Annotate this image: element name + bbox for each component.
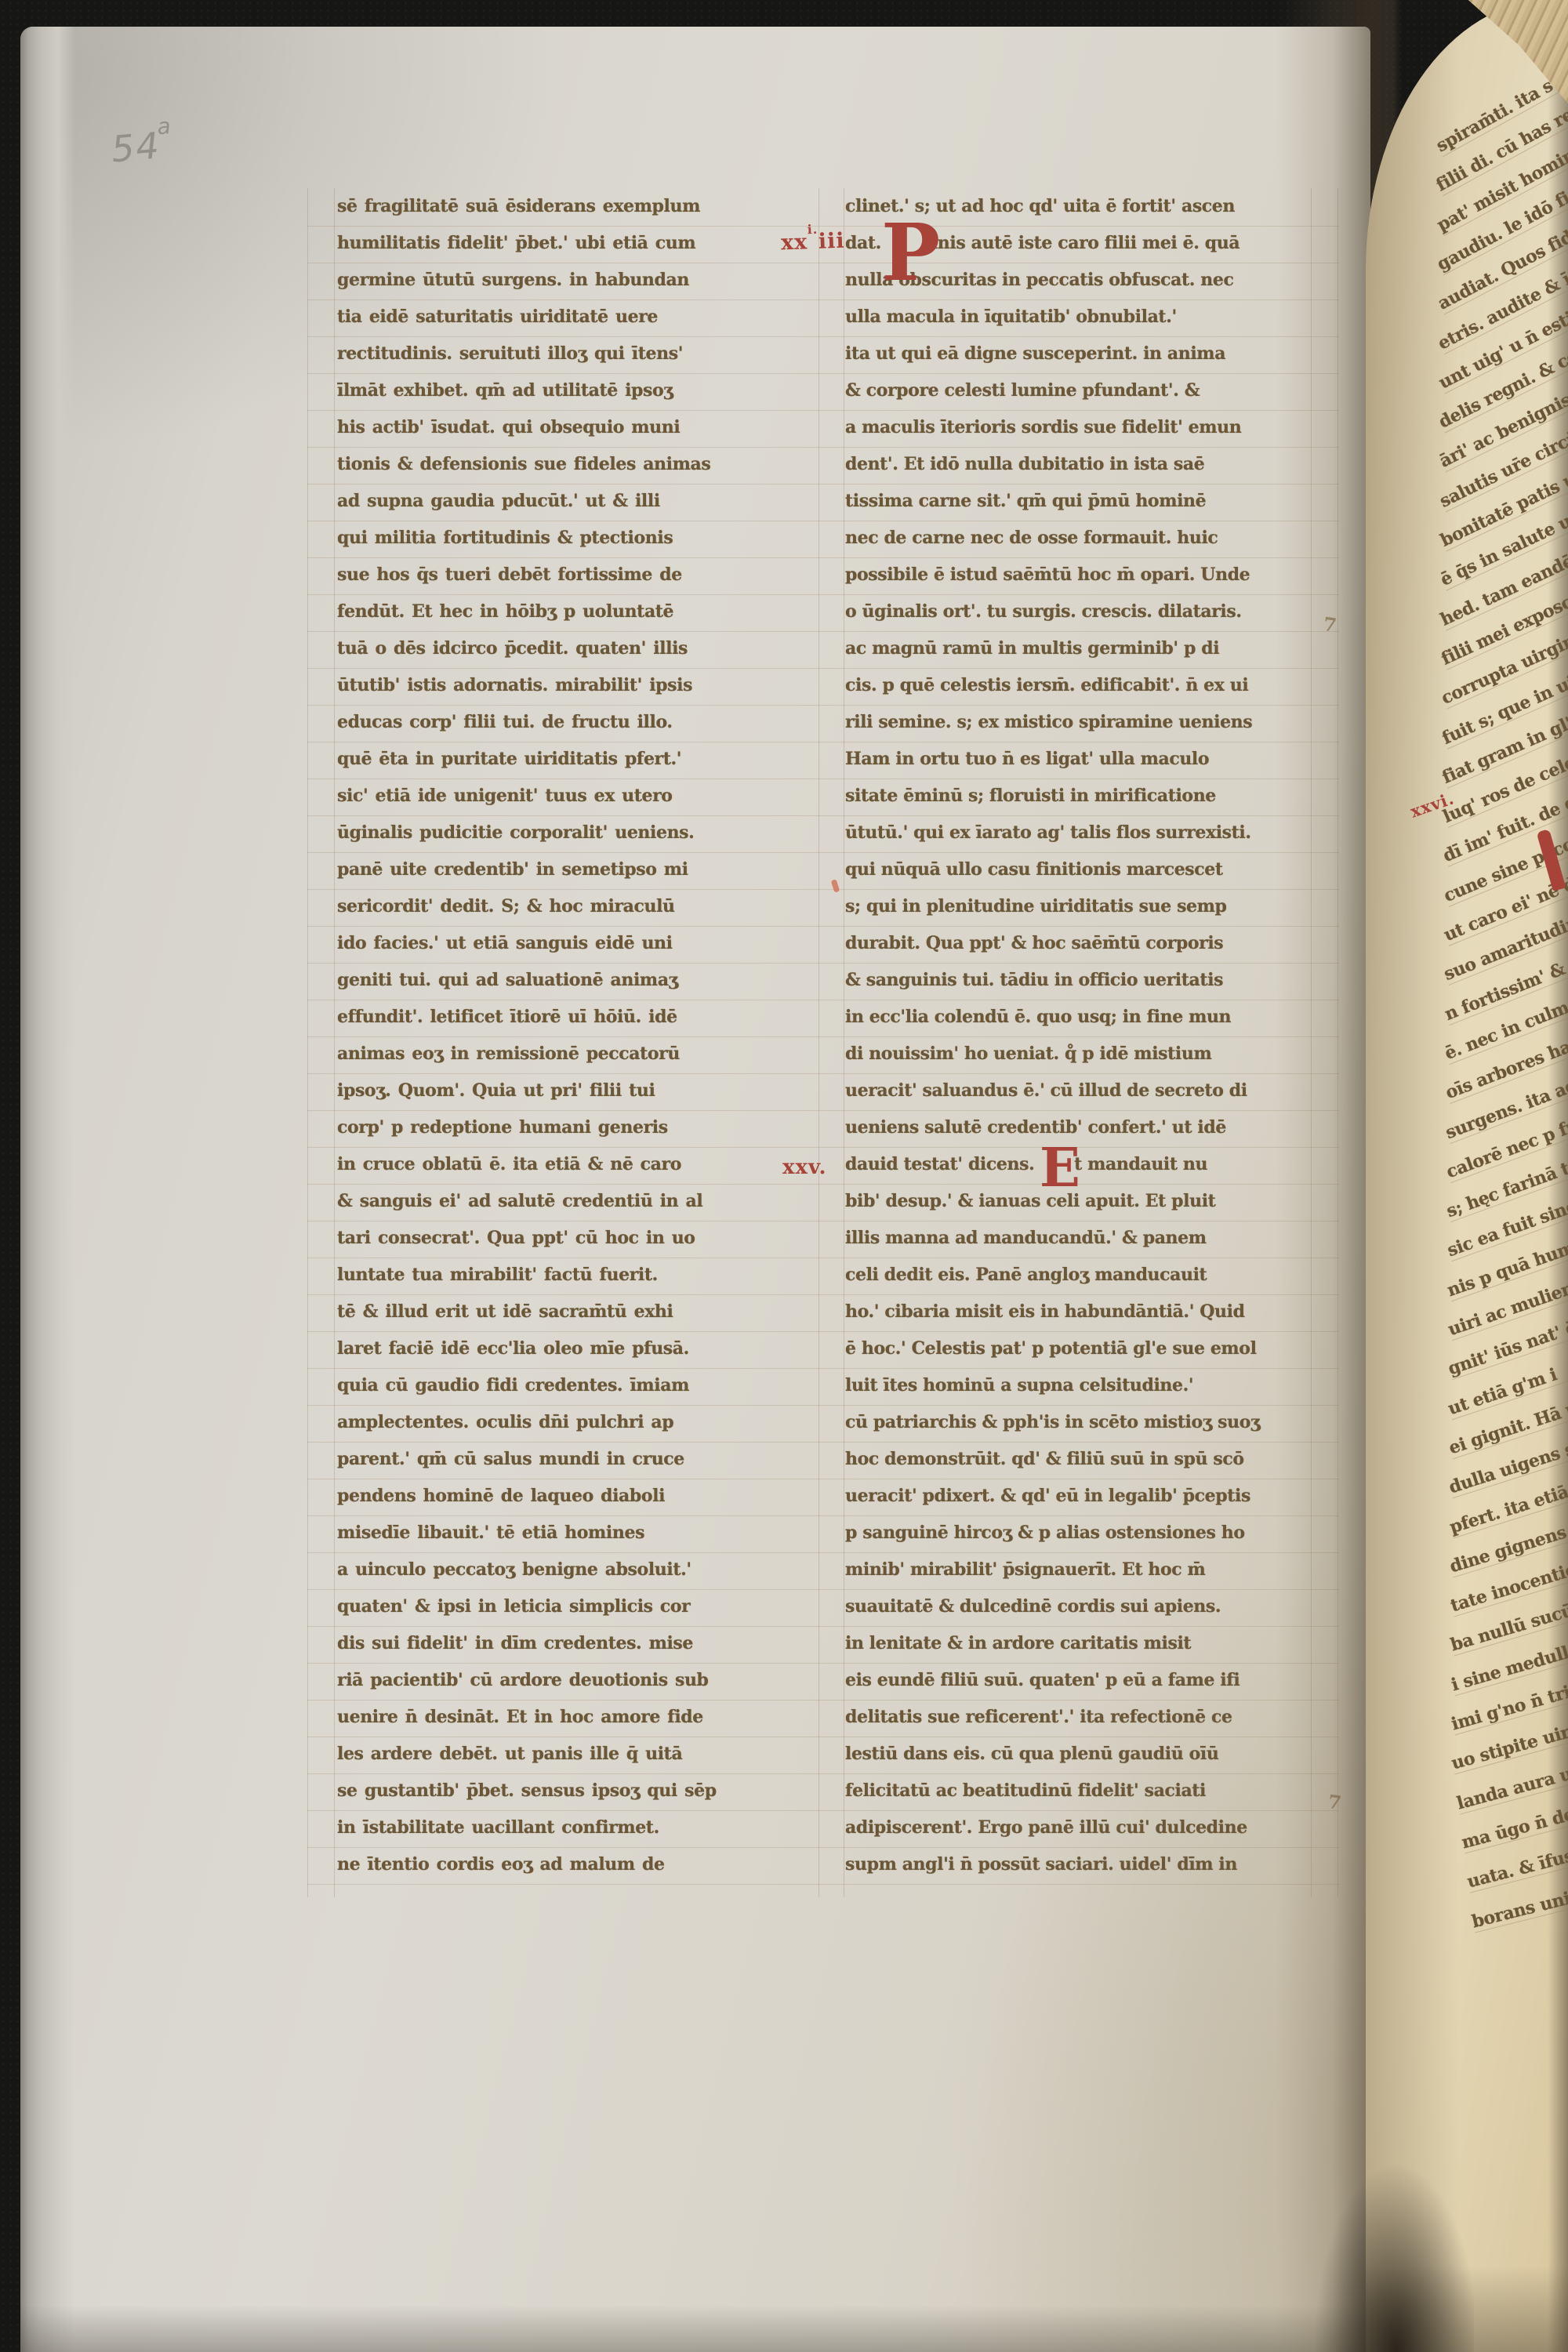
manuscript-text-line: in cruce oblatū ē. ita etiā & nē caro xyxy=(337,1146,793,1183)
manuscript-text-line: misedīe libauit.' tē etiā homines xyxy=(337,1515,793,1552)
manuscript-text-line: sic' etiā ide unigenit' tuus ex utero xyxy=(337,778,793,815)
manuscript-text-line: se gustantib' p̄bet. sensus ipsoʒ qui sē… xyxy=(337,1773,793,1809)
manuscript-text-line: p sanguinē hircoʒ & p alias ostensiones … xyxy=(845,1515,1319,1552)
manuscript-text-line: tari consecrat'. Qua ppt' cū hoc in uo xyxy=(337,1220,793,1257)
manuscript-text-line: germine ūtutū surgens. in habundan xyxy=(337,262,793,299)
manuscript-text-line: laret faciē idē ecc'lia oleo mīe pfusā. xyxy=(337,1330,793,1367)
manuscript-text-line: ueracit' saluandus ē.' cū illud de secre… xyxy=(845,1073,1319,1109)
manuscript-text-line: geniti tui. qui ad saluationē animaʒ xyxy=(337,962,793,999)
ruling-vertical-2 xyxy=(334,188,335,1897)
manuscript-text-line: tionis & defensionis sue fideles animas xyxy=(337,446,793,483)
ruling-vertical-4 xyxy=(844,188,844,1897)
manuscript-text-line: luit ītes hominū a supna celsitudine.' xyxy=(845,1367,1319,1404)
manuscript-text-line: illis manna ad manducandū.' & panem xyxy=(845,1220,1319,1257)
manuscript-text-line: tuā o dēs idcirco p̄cedit. quaten' illis xyxy=(337,630,793,667)
manuscript-text-line: quaten' & ipsi in leticia simplicis cor xyxy=(337,1588,793,1625)
manuscript-text-line: panē uite credentib' in semetipso mi xyxy=(337,851,793,888)
manuscript-text-line: animas eoʒ in remissionē peccatorū xyxy=(337,1036,793,1073)
folio-number: 54a xyxy=(110,123,177,171)
manuscript-text-line: s; qui in plenitudine uiriditatis sue se… xyxy=(845,888,1319,925)
manuscript-text-line: sitate ēminū s; floruisti in mirificatio… xyxy=(845,778,1319,815)
chapter-numeral-xxiii-sup: i. xyxy=(807,222,818,237)
manuscript-text-line: a maculis īterioris sordis sue fidelit' … xyxy=(845,409,1319,446)
manuscript-text-line: suauitatē & dulcedinē cordis sui apiens. xyxy=(845,1588,1319,1625)
manuscript-text-line: sericordit' dedit. S; & hoc miraculū xyxy=(337,888,793,925)
manuscript-text-line: ūtutib' istis adornatis. mirabilit' ipsi… xyxy=(337,667,793,704)
manuscript-text-line: ido facies.' ut etiā sanguis eidē uni xyxy=(337,925,793,962)
manuscript-text-line: rili semine. s; ex mistico spiramine uen… xyxy=(845,704,1319,741)
manuscript-text-line: sē fragilitatē suā ēsiderans exemplum xyxy=(337,188,793,225)
manuscript-text-line: tē & illud erit ut idē sacram̄tū exhi xyxy=(337,1294,793,1330)
manuscript-text-line: in īstabilitate uacillant confirmet. xyxy=(337,1809,793,1846)
manuscript-text-line: hoc demonstrūit. qd' & filiū suū in spū … xyxy=(845,1441,1319,1478)
manuscript-text-line: celi dedit eis. Panē angloʒ manducauit xyxy=(845,1257,1319,1294)
manuscript-text-line: ipsoʒ. Quom'. Quia ut pri' filii tui xyxy=(337,1073,793,1109)
manuscript-text-line: eis eundē filiū suū. quaten' p eū a fame… xyxy=(845,1662,1319,1699)
manuscript-text-line: in lenitate & in ardore caritatis misit xyxy=(845,1625,1319,1662)
manuscript-text-line: adipiscerent'. Ergo panē illū cui' dulce… xyxy=(845,1809,1319,1846)
manuscript-text-line: bib' desup.' & ianuas celi apuit. Et plu… xyxy=(845,1183,1319,1220)
manuscript-text-line: nec de carne nec de osse formauit. huic xyxy=(845,520,1319,557)
manuscript-text-line: luntate tua mirabilit' factū fuerit. xyxy=(337,1257,793,1294)
manuscript-text-line: dis sui fidelit' in dīm credentes. mise xyxy=(337,1625,793,1662)
manuscript-text-line: tia eidē saturitatis uiriditatē uere xyxy=(337,299,793,336)
chapter-numeral-xxv: xxv. xyxy=(782,1156,827,1179)
chapter-numeral-xxiii-pre: xx xyxy=(781,230,808,255)
manuscript-text-line: felicitatū ac beatitudinū fidelit' sacia… xyxy=(845,1773,1319,1809)
manuscript-text-line: ueniens salutē credentib' confert.' ut i… xyxy=(845,1109,1319,1146)
text-column-right: clinet.' s; ut ad hoc qd' uita ē fortit'… xyxy=(845,188,1319,1891)
manuscript-text-line: corp' p redeptione humani generis xyxy=(337,1109,793,1146)
manuscript-text-line: ita ut qui eā digne susceperint. in anim… xyxy=(845,336,1319,372)
manuscript-text-line: Ham in ortu tuo n̄ es ligat' ulla maculo xyxy=(845,741,1319,778)
folio-number-suffix: a xyxy=(156,112,173,140)
manuscript-text-line: his actib' īsudat. qui obsequio muni xyxy=(337,409,793,446)
manuscript-photo: 54a sē fragilitatē suā ēsiderans exemplu… xyxy=(0,0,1568,2352)
manuscript-text-line: dauid testat' dicens. t mandauit nu xyxy=(845,1146,1319,1183)
manuscript-text-line: quia cū gaudio fidi credentes. īmiam xyxy=(337,1367,793,1404)
manuscript-text-line: uenire n̄ desināt. Et in hoc amore fide xyxy=(337,1699,793,1736)
manuscript-text-line: tissima carne sit.' qm̄ qui p̄mū hominē xyxy=(845,483,1319,520)
manuscript-text-line: ad supna gaudia pducūt.' ut & illi xyxy=(337,483,793,520)
manuscript-text-line: ē hoc.' Celestis pat' p potentiā gl'e su… xyxy=(845,1330,1319,1367)
spine-shadow xyxy=(1301,2054,1474,2352)
manuscript-text-line: ac magnū ramū in multis germinib' p di xyxy=(845,630,1319,667)
text-column-left: sē fragilitatē suā ēsiderans exemplumhum… xyxy=(337,188,793,1891)
manuscript-text-line: dent'. Et idō nulla dubitatio in ista sa… xyxy=(845,446,1319,483)
manuscript-text-line: sue hos q̄s tueri debēt fortissime de xyxy=(337,557,793,593)
manuscript-text-line: effundit'. letificet ītiorē uī hōiū. idē xyxy=(337,999,793,1036)
red-initial-E: E xyxy=(1040,1142,1080,1195)
manuscript-text-line: les ardere debēt. ut panis ille q̄ uitā xyxy=(337,1736,793,1773)
ruling-vertical-3 xyxy=(818,188,819,1897)
manuscript-text-line: cū patriarchis & pph'is in scēto mistioʒ… xyxy=(845,1404,1319,1441)
manuscript-text-line: educas corp' filii tui. de fructu illo. xyxy=(337,704,793,741)
manuscript-text-line: & corpore celesti lumine pfundant'. & xyxy=(845,372,1319,409)
manuscript-text-line: riā pacientib' cū ardore deuotionis sub xyxy=(337,1662,793,1699)
manuscript-text-line: qui militia fortitudinis & ptectionis xyxy=(337,520,793,557)
manuscript-text-line: qui nūquā ullo casu finitionis marcescet xyxy=(845,851,1319,888)
red-initial-P: P xyxy=(881,213,940,292)
manuscript-text-line: supm angl'i n̄ possūt saciari. uidel' dī… xyxy=(845,1846,1319,1883)
manuscript-text-line: delitatis sue reficerent'.' ita refectio… xyxy=(845,1699,1319,1736)
ruling-vertical-1 xyxy=(307,188,308,1897)
manuscript-text-line: cis. p quē celestis iersm̄. edificabit'.… xyxy=(845,667,1319,704)
chapter-numeral-xxiii-post: iii xyxy=(818,229,845,254)
manuscript-text-line: pendens hominē de laqueo diaboli xyxy=(337,1478,793,1515)
manuscript-text-line: ulla macula in īquitatib' obnubilat.' xyxy=(845,299,1319,336)
manuscript-text-line: lestiū dans eis. cū qua plenū gaudiū oīū xyxy=(845,1736,1319,1773)
manuscript-text-line: humilitatis fidelit' p̄bet.' ubi etiā cu… xyxy=(337,225,793,262)
manuscript-text-line: parent.' qm̄ cū salus mundi in cruce xyxy=(337,1441,793,1478)
manuscript-text-line: & sanguinis tui. tādiu in officio uerita… xyxy=(845,962,1319,999)
manuscript-text-line: possibile ē istud saēm̄tū hoc m̄ opari. … xyxy=(845,557,1319,593)
manuscript-text-line: ūginalis pudicitie corporalit' ueniens. xyxy=(337,815,793,851)
manuscript-text-line: di nouissim' ho ueniat. q̊ p idē mistium xyxy=(845,1036,1319,1073)
manuscript-text-line: durabit. Qua ppt' & hoc saēm̄tū corporis xyxy=(845,925,1319,962)
manuscript-text-line: o ūginalis ort'. tu surgis. crescis. dil… xyxy=(845,593,1319,630)
chapter-numeral-xxiii: xxi.iii xyxy=(780,228,845,256)
manuscript-text-line: ūtutū.' qui ex īarato ag' talis flos sur… xyxy=(845,815,1319,851)
manuscript-text-line: rectitudinis. seruituti illoʒ qui ītens' xyxy=(337,336,793,372)
manuscript-text-line: īlmāt exhibet. qm̄ ad utilitatē ipsoʒ xyxy=(337,372,793,409)
manuscript-text-line: amplectentes. oculis dn̄i pulchri ap xyxy=(337,1404,793,1441)
manuscript-text-line: ne ītentio cordis eoʒ ad malum de xyxy=(337,1846,793,1883)
manuscript-text-line: quē ēta in puritate uiriditatis pfert.' xyxy=(337,741,793,778)
manuscript-text-line: in ecc'lia colendū ē. quo usq; in fine m… xyxy=(845,999,1319,1036)
manuscript-text-line: & sanguis ei' ad salutē credentiū in al xyxy=(337,1183,793,1220)
folio-number-digits: 54 xyxy=(110,124,162,170)
manuscript-text-line: minib' mirabilit' p̄signauerīt. Et hoc m… xyxy=(845,1552,1319,1588)
manuscript-text-line: fendūt. Et hec in hōibʒ p uoluntatē xyxy=(337,593,793,630)
manuscript-text-line: ueracit' pdixert. & qd' eū in legalib' p… xyxy=(845,1478,1319,1515)
manuscript-text-line: a uinculo peccatoʒ benigne absoluit.' xyxy=(337,1552,793,1588)
manuscript-text-line: ho.' cibaria misit eis in habundāntiā.' … xyxy=(845,1294,1319,1330)
